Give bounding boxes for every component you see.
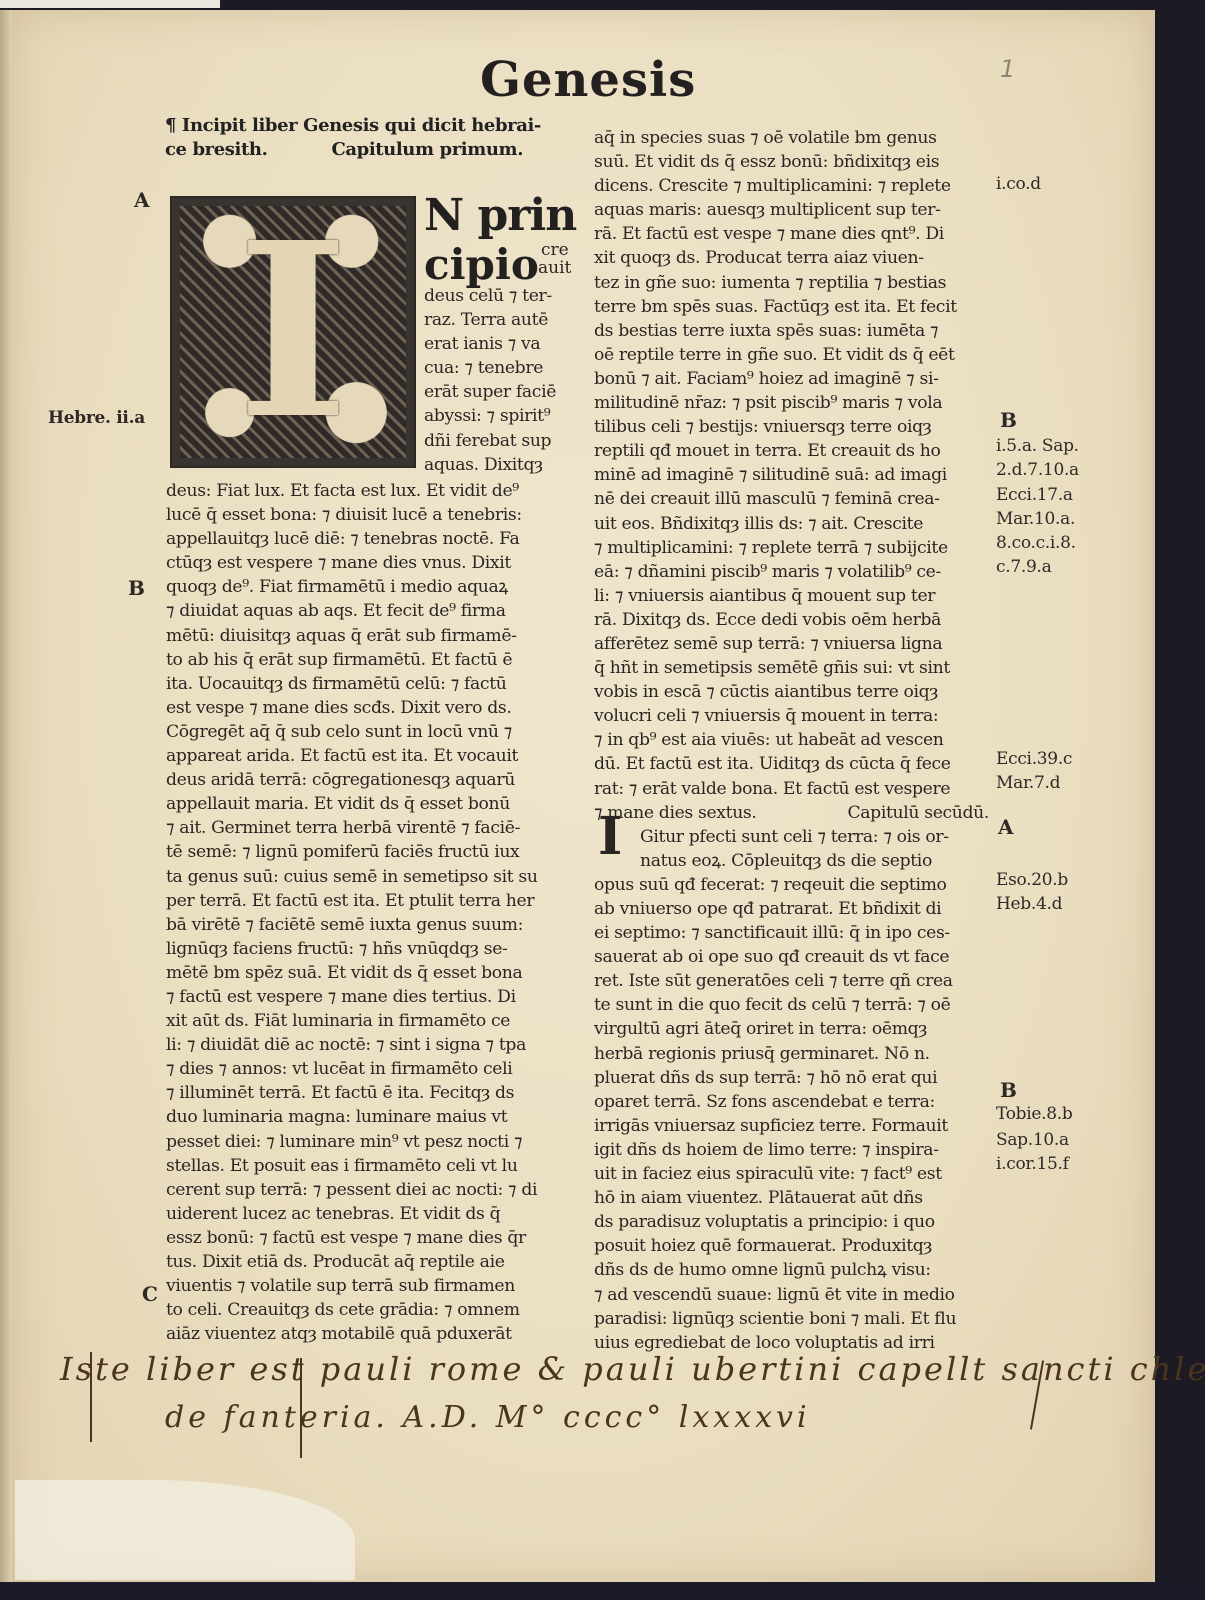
text-line: dicens. Crescite ⁊ multiplicamini: ⁊ rep… bbox=[594, 174, 989, 198]
text-line: rā. Dixitqȝ ds. Ecce dedi vobis oēm herb… bbox=[594, 608, 989, 632]
opening-word-auit: auit bbox=[538, 258, 571, 278]
text-line: ⁊ ait. Germinet terra herbā virentē ⁊ fa… bbox=[166, 816, 538, 840]
text-line: pesset diei: ⁊ luminare min⁹ vt pesz noc… bbox=[166, 1130, 538, 1154]
text-line: herbā regionis priusq̄ germinaret. Nō n. bbox=[594, 1042, 989, 1066]
text-line: ret. Iste sūt generatōes celi ⁊ terre qñ… bbox=[594, 969, 989, 993]
text-line: sauerat ab oi ope suo qđ creauit ds vt f… bbox=[594, 945, 989, 969]
chapter-1-heading: Capitulum primum. bbox=[331, 138, 523, 162]
text-line: uit in faciez eius spiraculū vite: ⁊ fac… bbox=[594, 1162, 989, 1186]
text-line: deus: Fiat lux. Et facta est lux. Et vid… bbox=[166, 479, 538, 503]
cross-reference: i.5.a. Sap. bbox=[996, 436, 1079, 456]
text-line: mētū: diuisitqȝ aquas q̄ erāt sub firmam… bbox=[166, 624, 538, 648]
cross-reference: Tobie.8.b bbox=[996, 1104, 1072, 1124]
text-line: viuentis ⁊ volatile sup terrā sub firmam… bbox=[166, 1274, 538, 1298]
text-line: ds paradisuz voluptatis a principio: i q… bbox=[594, 1210, 989, 1234]
text-line: est vespe ⁊ mane dies scđs. Dixit vero d… bbox=[166, 696, 538, 720]
text-beside-initial: deus celū ⁊ ter- raz. Terra autē erat ia… bbox=[424, 284, 556, 477]
text-line: duo luminaria magna: luminare maius vt bbox=[166, 1105, 538, 1129]
text-line: ⁊ dies ⁊ annos: vt lucēat in firmamēto c… bbox=[166, 1057, 538, 1081]
text-line: lignūqȝ faciens fructū: ⁊ hñs vnūqdqȝ se… bbox=[166, 937, 538, 961]
text-line: paradisi: lignūqȝ scientie boni ⁊ mali. … bbox=[594, 1307, 989, 1331]
right-text-column: aq̄ in species suas ⁊ oē volatile bm gen… bbox=[594, 126, 989, 1355]
text-line: tilibus celi ⁊ bestijs: vniuersqȝ terre … bbox=[594, 415, 989, 439]
text-line: oē reptile terre in gñe suo. Et vidit ds… bbox=[594, 343, 989, 367]
section-marker-b: B bbox=[128, 576, 145, 600]
running-head: Genesis bbox=[480, 52, 696, 108]
text-line: to ab his q̄ erāt sup firmamētū. Et fact… bbox=[166, 648, 538, 672]
text-line: xit aūt ds. Fiāt luminaria in firmamēto … bbox=[166, 1009, 538, 1033]
text-line: li: ⁊ diuidāt diē ac noctē: ⁊ sint i sig… bbox=[166, 1033, 538, 1057]
text-line: appellauitqȝ lucē diē: ⁊ tenebras noctē.… bbox=[166, 527, 538, 551]
left-text-column: deus: Fiat lux. Et facta est lux. Et vid… bbox=[166, 479, 538, 1346]
text-line: to celi. Creauitqȝ ds cete grādia: ⁊ omn… bbox=[166, 1298, 538, 1322]
text-line: ⁊ ad vescendū suaue: lignū ēt vite in me… bbox=[594, 1283, 989, 1307]
text-line: q̄ hñt in semetipsis semētē gñis sui: vt… bbox=[594, 656, 989, 680]
section-marker-b: B bbox=[1000, 1078, 1017, 1102]
text-line: cua: ⁊ tenebre bbox=[424, 356, 556, 380]
text-line: cerent sup terrā: ⁊ pessent diei ac noct… bbox=[166, 1178, 538, 1202]
text-line: tus. Dixit etiā ds. Producāt aq̄ reptile… bbox=[166, 1250, 538, 1274]
ownership-inscription-line-1: Iste liber est pauli rome & pauli uberti… bbox=[60, 1350, 1205, 1388]
cross-reference: Ecci.17.a bbox=[996, 485, 1073, 505]
section-marker-c: C bbox=[142, 1282, 158, 1306]
text-line: xit quoqȝ ds. Producat terra aiaz viuen- bbox=[594, 246, 989, 270]
cross-reference: Heb.4.d bbox=[996, 894, 1062, 914]
text-line: raz. Terra autē bbox=[424, 308, 556, 332]
text-line: Gitur pfecti sunt celi ⁊ terra: ⁊ ois or… bbox=[594, 825, 989, 849]
cross-reference: i.cor.15.f bbox=[996, 1154, 1069, 1174]
text-line: tez in gñe suo: iumenta ⁊ reptilia ⁊ bes… bbox=[594, 271, 989, 295]
text-line: ⁊ multiplicamini: ⁊ replete terrā ⁊ subi… bbox=[594, 536, 989, 560]
text-line: ita. Uocauitqȝ ds firmamētū celū: ⁊ fact… bbox=[166, 672, 538, 696]
text-line: bā virētē ⁊ faciētē semē iuxta genus suu… bbox=[166, 913, 538, 937]
chapter-2-heading: Capitulū secūdū. bbox=[847, 801, 989, 825]
text-line: deus celū ⁊ ter- bbox=[424, 284, 556, 308]
text-line: nē dei creauit illū masculū ⁊ feminā cre… bbox=[594, 487, 989, 511]
text-line: eā: ⁊ dñamini piscib⁹ maris ⁊ volatilib⁹… bbox=[594, 560, 989, 584]
text-line: aquas. Dixitqȝ bbox=[424, 453, 556, 477]
cross-reference: i.co.d bbox=[996, 174, 1041, 194]
text-line: appellauit maria. Et vidit ds q̄ esset b… bbox=[166, 792, 538, 816]
cross-reference: 8.co.c.i.8. bbox=[996, 533, 1076, 553]
text-line: quoqȝ de⁹. Fiat firmamētū i medio aquaꝝ bbox=[166, 575, 538, 599]
chapter-2-initial: I bbox=[598, 812, 622, 862]
text-line: posuit hoiez quē formauerat. Produxitqȝ bbox=[594, 1234, 989, 1258]
text-line: appareat arida. Et factū est ita. Et voc… bbox=[166, 744, 538, 768]
opening-words-line-2: cipio bbox=[424, 240, 539, 289]
incipit-line-2: ce bresith. bbox=[165, 138, 267, 162]
text-line: ab vniuerso ope qđ patrarat. Et bñdixit … bbox=[594, 897, 989, 921]
text-line: essz bonū: ⁊ factū est vespe ⁊ mane dies… bbox=[166, 1226, 538, 1250]
text-line: deus aridā terrā: cōgregationesqȝ aquarū bbox=[166, 768, 538, 792]
text-line: natus eoꝝ. Cōpleuitqȝ ds die septio bbox=[594, 849, 989, 873]
text-line: per terrā. Et factū est ita. Et ptulit t… bbox=[166, 889, 538, 913]
cross-reference: Sap.10.a bbox=[996, 1130, 1069, 1150]
cross-reference: c.7.9.a bbox=[996, 557, 1051, 577]
ownership-inscription-line-2: de fanteria. A.D. M° cccc° lxxxxvi bbox=[165, 1400, 811, 1435]
chapter-end-line: ⁊ mane dies sextus. Capitulū secūdū. bbox=[594, 801, 989, 825]
text-line: opus suū qđ fecerat: ⁊ reqeuit die septi… bbox=[594, 873, 989, 897]
folio-number: 1 bbox=[1000, 55, 1015, 83]
text-line: li: ⁊ vniuersis aiantibus q̄ mouent sup … bbox=[594, 584, 989, 608]
text-line: minē ad imaginē ⁊ silitudinē suā: ad ima… bbox=[594, 463, 989, 487]
text-line: afferētez semē sup terrā: ⁊ vniuersa lig… bbox=[594, 632, 989, 656]
text-line: ⁊ illuminēt terrā. Et factū ē ita. Fecit… bbox=[166, 1081, 538, 1105]
text-line: hō in aiam viuentez. Plātauerat aūt dñs bbox=[594, 1186, 989, 1210]
text-line: suū. Et vidit ds q̄ essz bonū: bñdixitqȝ… bbox=[594, 150, 989, 174]
text-line: reptili qđ mouet in terra. Et creauit ds… bbox=[594, 439, 989, 463]
text-line: aquas maris: auesqȝ multiplicent sup ter… bbox=[594, 198, 989, 222]
text-line: mētē bm spēz suā. Et vidit ds q̄ esset b… bbox=[166, 961, 538, 985]
binding-edge bbox=[0, 0, 220, 8]
text-line: dū. Et factū est ita. Uiditqȝ ds cūcta q… bbox=[594, 752, 989, 776]
section-marker-b: B bbox=[1000, 408, 1017, 432]
text-line: rā. Et factū est vespe ⁊ mane dies qnt⁹.… bbox=[594, 222, 989, 246]
text-line: dñi ferebat sup bbox=[424, 429, 556, 453]
cross-reference: Ecci.39.c bbox=[996, 749, 1072, 769]
text-line: vobis in escā ⁊ cūctis aiantibus terre o… bbox=[594, 680, 989, 704]
cross-reference: Mar.10.a. bbox=[996, 509, 1075, 529]
text-line: pluerat dñs ds sup terrā: ⁊ hō nō erat q… bbox=[594, 1066, 989, 1090]
text-line: oparet terrā. Sz fons ascendebat e terra… bbox=[594, 1090, 989, 1114]
text-line: aq̄ in species suas ⁊ oē volatile bm gen… bbox=[594, 126, 989, 150]
text-line: ⁊ factū est vespere ⁊ mane dies tertius.… bbox=[166, 985, 538, 1009]
text-line: dñs ds de humo omne lignū pulchꝝ visu: bbox=[594, 1258, 989, 1282]
text-line: virgultū agri āteq̄ oriret in terra: oēm… bbox=[594, 1017, 989, 1041]
section-marker-a: A bbox=[134, 188, 150, 212]
text-line: ctūqȝ est vespere ⁊ mane dies vnus. Dixi… bbox=[166, 551, 538, 575]
text-line: uiderent lucez ac tenebras. Et vidit ds … bbox=[166, 1202, 538, 1226]
text-line: ⁊ diuidat aquas ab aqs. Et fecit de⁹ fir… bbox=[166, 599, 538, 623]
text-line: volucri celi ⁊ vniuersis q̄ mouent in te… bbox=[594, 704, 989, 728]
text-line: bonū ⁊ ait. Faciam⁹ hoiez ad imaginē ⁊ s… bbox=[594, 367, 989, 391]
text-line: aiāz viuentez atqȝ motabilē quā pduxerāt bbox=[166, 1322, 538, 1346]
initial-letter: I bbox=[237, 206, 349, 456]
text-line: ei septimo: ⁊ sanctificauit illū: q̄ in … bbox=[594, 921, 989, 945]
text-line: ⁊ in qb⁹ est aia viuēs: ut habeāt ad ves… bbox=[594, 728, 989, 752]
text-line: rat: ⁊ erāt valde bona. Et factū est ves… bbox=[594, 777, 989, 801]
section-marker-a: A bbox=[998, 815, 1014, 839]
text-line: tē semē: ⁊ lignū pomiferū faciēs fructū … bbox=[166, 840, 538, 864]
cross-reference: Eso.20.b bbox=[996, 870, 1068, 890]
text-line: ds bestias terre iuxta spēs suas: iumēta… bbox=[594, 319, 989, 343]
text-line: abyssi: ⁊ spirit⁹ bbox=[424, 404, 556, 428]
text-line: irrigās vniuersaz supficiez terre. Forma… bbox=[594, 1114, 989, 1138]
cross-reference: Mar.7.d bbox=[996, 773, 1060, 793]
cross-reference: 2.d.7.10.a bbox=[996, 460, 1079, 480]
text-line: erat ianis ⁊ va bbox=[424, 332, 556, 356]
decorated-initial-woodcut: I bbox=[170, 196, 416, 468]
text-line: terre bm spēs suas. Factūqȝ est ita. Et … bbox=[594, 295, 989, 319]
text-line: te sunt in die quo fecit ds celū ⁊ terrā… bbox=[594, 993, 989, 1017]
background-surface bbox=[0, 1582, 1205, 1600]
text-line: ta genus suū: cuius semē in semetipso si… bbox=[166, 865, 538, 889]
incipit-line-1: ¶ Incipit liber Genesis qui dicit hebrai… bbox=[165, 114, 575, 138]
text-line: stellas. Et posuit eas i firmamēto celi … bbox=[166, 1154, 538, 1178]
text-line: uit eos. Bñdixitqȝ illis ds: ⁊ ait. Cres… bbox=[594, 512, 989, 536]
text-line: erāt super faciē bbox=[424, 380, 556, 404]
text-line: militudinē nr̄az: ⁊ psit piscib⁹ maris ⁊… bbox=[594, 391, 989, 415]
text-line: igit dñs ds hoiem de limo terre: ⁊ inspi… bbox=[594, 1138, 989, 1162]
opening-words-line-1: N prin bbox=[424, 190, 576, 241]
incipit-heading: ¶ Incipit liber Genesis qui dicit hebrai… bbox=[165, 114, 575, 162]
cross-reference-hebre: Hebre. ii.a bbox=[48, 408, 145, 428]
opening-word-cre: cre bbox=[541, 240, 569, 260]
text-line: Cōgregēt aq̄ q̄ sub celo sunt in locū vn… bbox=[166, 720, 538, 744]
text-line: lucē q̄ esset bona: ⁊ diuisit lucē a ten… bbox=[166, 503, 538, 527]
